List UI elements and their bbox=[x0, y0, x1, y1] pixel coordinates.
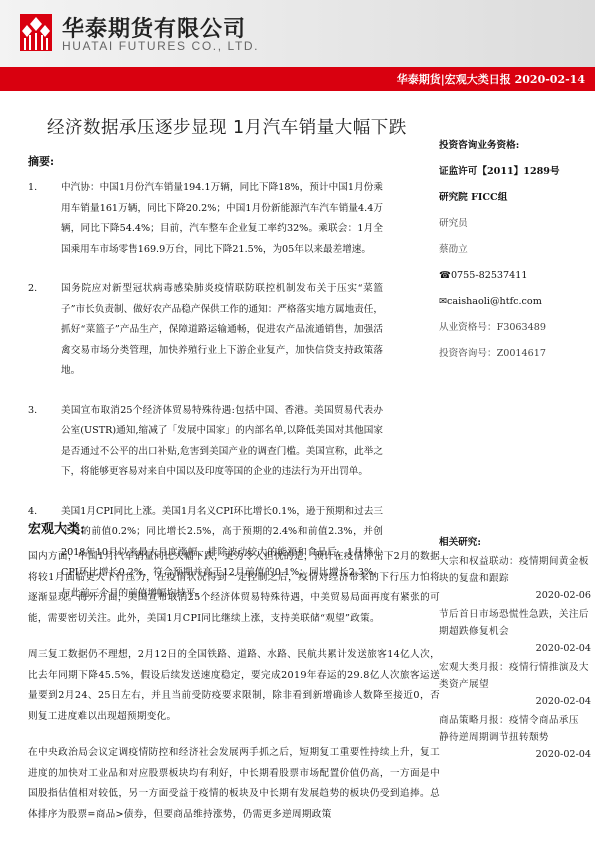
analyst-name: 蔡劭立 bbox=[439, 237, 589, 263]
related-item-date: 2020-02-04 bbox=[439, 640, 591, 657]
item-text: 国务院应对新型冠状病毒感染肺炎疫情联防联控机制发布关于压实“菜篮子”市长负责制、… bbox=[61, 283, 383, 376]
related-item-title[interactable]: 宏观大类月报：疫情行情推演及大类资产展望 bbox=[439, 659, 591, 693]
email-icon: ✉ bbox=[439, 296, 447, 307]
qualification-heading: 投资咨询业务资格: bbox=[439, 133, 589, 159]
abstract-item: 2. 国务院应对新型冠状病毒感染肺炎疫情联防联控机制发布关于压实“菜篮子”市长负… bbox=[28, 279, 383, 382]
research-group: 研究院 FICC组 bbox=[439, 185, 589, 211]
report-title: 经济数据承压逐步显现 1月汽车销量大幅下跌 bbox=[47, 114, 407, 139]
macro-body: 国内方面，中国1月汽车销量同比大幅下跌，更为令人担忧的是，预计在疫情冲击下2月的… bbox=[28, 547, 440, 841]
related-item-title[interactable]: 商品策略月报：疫情令商品承压 静待逆周期调节扭转颓势 bbox=[439, 712, 591, 746]
license-number: 证监许可【2011】1289号 bbox=[439, 159, 589, 185]
related-item-title[interactable]: 节后首日市场恐慌性急跌，关注后期超跌修复机会 bbox=[439, 606, 591, 640]
report-banner-text: 华泰期货|宏观大类日报 2020-02-14 bbox=[397, 71, 585, 87]
analyst-info: 投资咨询业务资格: 证监许可【2011】1289号 研究院 FICC组 研究员 … bbox=[439, 133, 589, 367]
abstract-item: 1. 中汽协：中国1月份汽车销量194.1万辆，同比下降18%，预计中国1月份乘… bbox=[28, 178, 383, 260]
related-heading: 相关研究: bbox=[439, 534, 591, 551]
abstract-item: 3. 美国宣布取消25个经济体贸易特殊待遇:包括中国、香港。美国贸易代表办公室(… bbox=[28, 401, 383, 483]
macro-paragraph: 国内方面，中国1月汽车销量同比大幅下跌，更为令人担忧的是，预计在疫情冲击下2月的… bbox=[28, 547, 440, 629]
item-number: 3. bbox=[28, 401, 37, 422]
huatai-logo-icon bbox=[20, 14, 52, 51]
analyst-phone: ☎0755-82537411 bbox=[439, 263, 589, 289]
related-item-date: 2020-02-04 bbox=[439, 746, 591, 763]
analyst-email[interactable]: ✉caishaoli@htfc.com bbox=[439, 289, 589, 315]
phone-icon: ☎ bbox=[439, 270, 451, 281]
item-text: 中汽协：中国1月份汽车销量194.1万辆，同比下降18%，预计中国1月份乘用车销… bbox=[61, 182, 383, 255]
macro-heading: 宏观大类: bbox=[28, 518, 85, 537]
related-research: 相关研究: 大宗和权益联动：疫情期间黄金板块的复盘和跟踪 2020-02-06 … bbox=[439, 534, 591, 765]
abstract-heading: 摘要: bbox=[28, 153, 54, 169]
consulting-number: 投资咨询号：Z0014617 bbox=[439, 341, 589, 367]
company-header: 华泰期货有限公司 HUATAI FUTURES CO., LTD. bbox=[0, 0, 595, 67]
item-number: 2. bbox=[28, 279, 37, 300]
report-banner: 华泰期货|宏观大类日报 2020-02-14 bbox=[0, 67, 595, 91]
related-item-date: 2020-02-04 bbox=[439, 693, 591, 710]
related-item-date: 2020-02-06 bbox=[439, 587, 591, 604]
item-number: 1. bbox=[28, 178, 37, 199]
item-text: 美国宣布取消25个经济体贸易特殊待遇:包括中国、香港。美国贸易代表办公室(UST… bbox=[61, 405, 383, 478]
certification-number: 从业资格号：F3063489 bbox=[439, 315, 589, 341]
macro-paragraph: 在中央政治局会议定调疫情防控和经济社会发展两手抓之后，短期复工重要性持续上升，复… bbox=[28, 743, 440, 825]
macro-paragraph: 周三复工数据仍不理想，2月12日的全国铁路、道路、水路、民航共累计发送旅客14亿… bbox=[28, 645, 440, 727]
related-item-title[interactable]: 大宗和权益联动：疫情期间黄金板块的复盘和跟踪 bbox=[439, 553, 591, 587]
company-name-en: HUATAI FUTURES CO., LTD. bbox=[62, 39, 259, 53]
analyst-role: 研究员 bbox=[439, 211, 589, 237]
